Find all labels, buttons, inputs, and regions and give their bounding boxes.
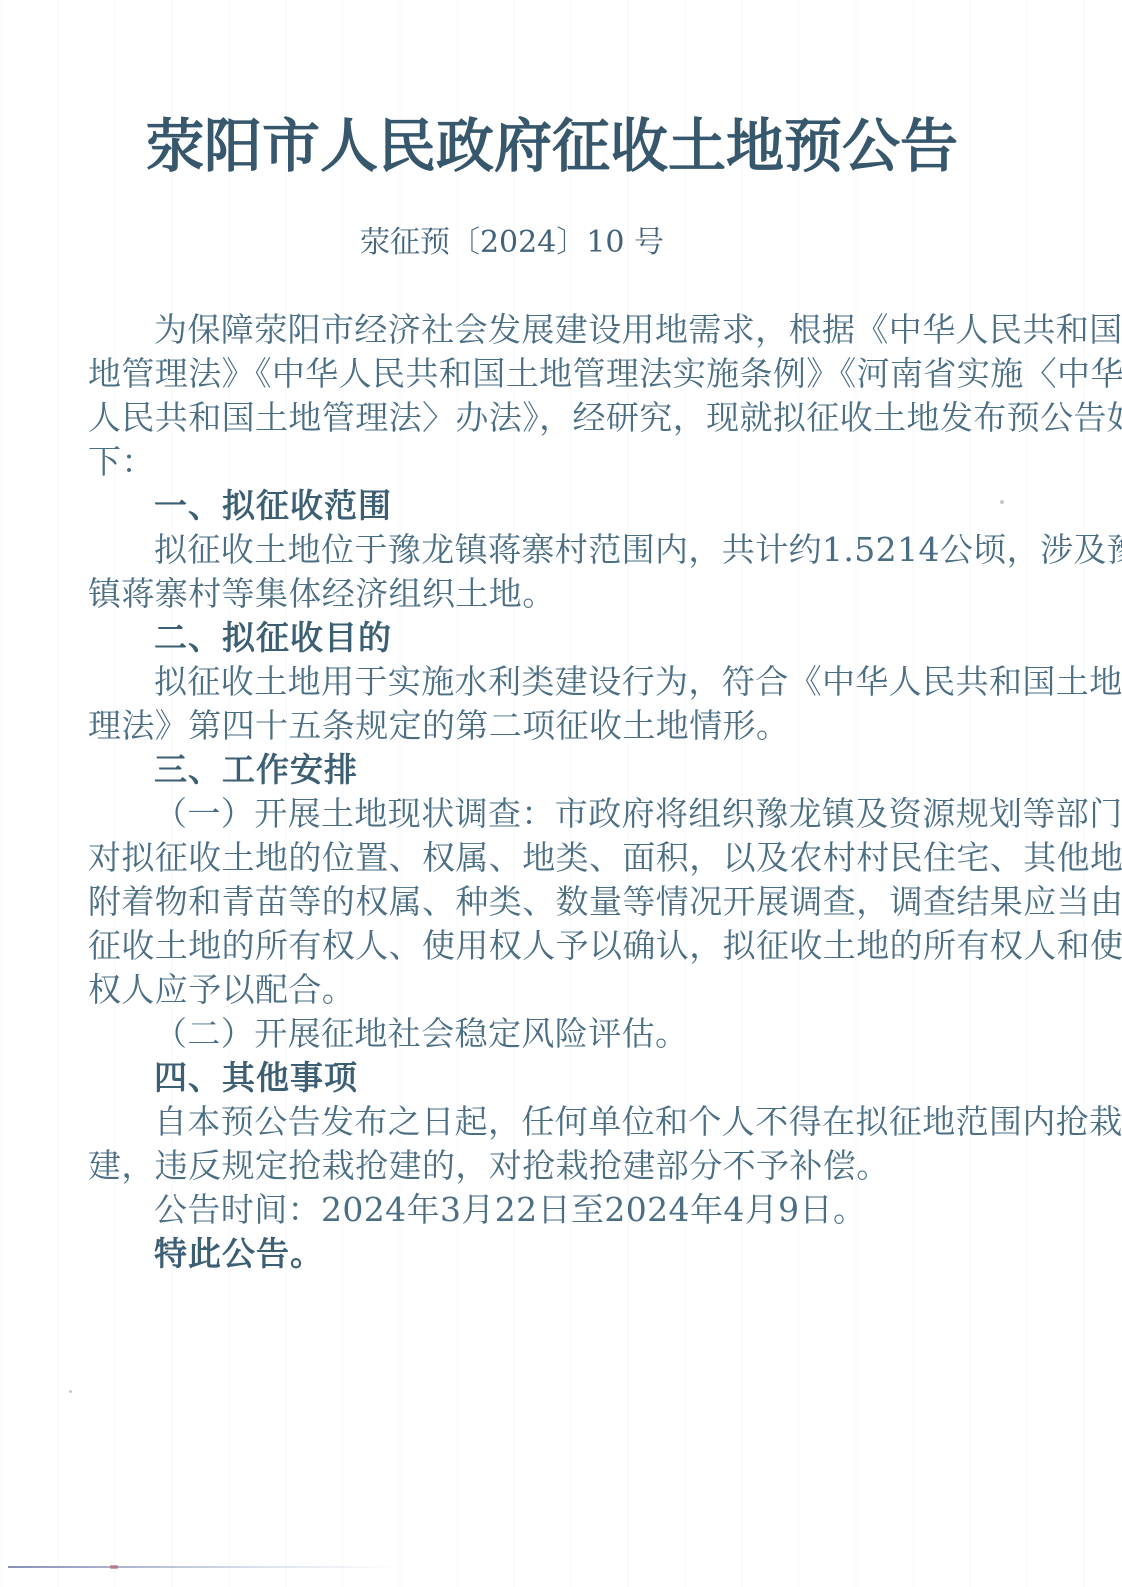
section-4-line-2: 建，违反规定抢栽抢建的，对抢栽抢建部分不予补偿。 [88, 1144, 1048, 1188]
document-number: 荥征预〔2024〕10 号 [0, 224, 1024, 262]
section-4-line-1: 自本预公告发布之日起，任何单位和个人不得在拟征地范围内抢栽抢 [88, 1100, 1048, 1144]
scan-speck [69, 1390, 72, 1393]
announcement-period: 公告时间：2024年3月22日至2024年4月9日。 [88, 1188, 1048, 1232]
scan-artifact-line [8, 1566, 400, 1568]
document-body: 为保障荥阳市经济社会发展建设用地需求，根据《中华人民共和国土 地管理法》《中华人… [88, 308, 1048, 1276]
section-4-heading: 四、其他事项 [88, 1056, 1048, 1100]
section-2-line-1: 拟征收土地用于实施水利类建设行为，符合《中华人民共和国土地管 [88, 660, 1048, 704]
section-2-line-2: 理法》第四十五条规定的第二项征收土地情形。 [88, 704, 1048, 748]
section-3-item-1-line-3: 附着物和青苗等的权属、种类、数量等情况开展调查，调查结果应当由拟 [88, 880, 1048, 924]
section-3-item-1-line-4: 征收土地的所有权人、使用权人予以确认，拟征收土地的所有权人和使用 [88, 924, 1048, 968]
intro-line-3: 人民共和国土地管理法〉办法》，经研究，现就拟征收土地发布预公告如 [88, 396, 1048, 440]
intro-line-2: 地管理法》《中华人民共和国土地管理法实施条例》《河南省实施〈中华 [88, 352, 1048, 396]
intro-line-4: 下： [88, 440, 1048, 484]
section-2-heading: 二、拟征收目的 [88, 616, 1048, 660]
intro-line-1: 为保障荥阳市经济社会发展建设用地需求，根据《中华人民共和国土 [88, 308, 1048, 352]
section-3-heading: 三、工作安排 [88, 748, 1048, 792]
section-3-item-1-line-2: 对拟征收土地的位置、权属、地类、面积，以及农村村民住宅、其他地上 [88, 836, 1048, 880]
section-1-heading: 一、拟征收范围 [88, 484, 1048, 528]
section-3-item-1-line-5: 权人应予以配合。 [88, 968, 1048, 1012]
section-1-line-1: 拟征收土地位于豫龙镇蒋寨村范围内，共计约1.5214公顷，涉及豫龙 [88, 528, 1048, 572]
document-title: 荥阳市人民政府征收土地预公告 [0, 104, 1104, 188]
section-3-item-2: （二）开展征地社会稳定风险评估。 [88, 1012, 1048, 1056]
document-page: 荥阳市人民政府征收土地预公告 荥征预〔2024〕10 号 为保障荥阳市经济社会发… [0, 0, 1122, 1587]
section-3-item-1-line-1: （一）开展土地现状调查：市政府将组织豫龙镇及资源规划等部门， [88, 792, 1048, 836]
section-1-line-2: 镇蒋寨村等集体经济组织土地。 [88, 572, 1048, 616]
closing-statement: 特此公告。 [88, 1232, 1048, 1276]
scan-artifact-red-mark [110, 1565, 118, 1569]
